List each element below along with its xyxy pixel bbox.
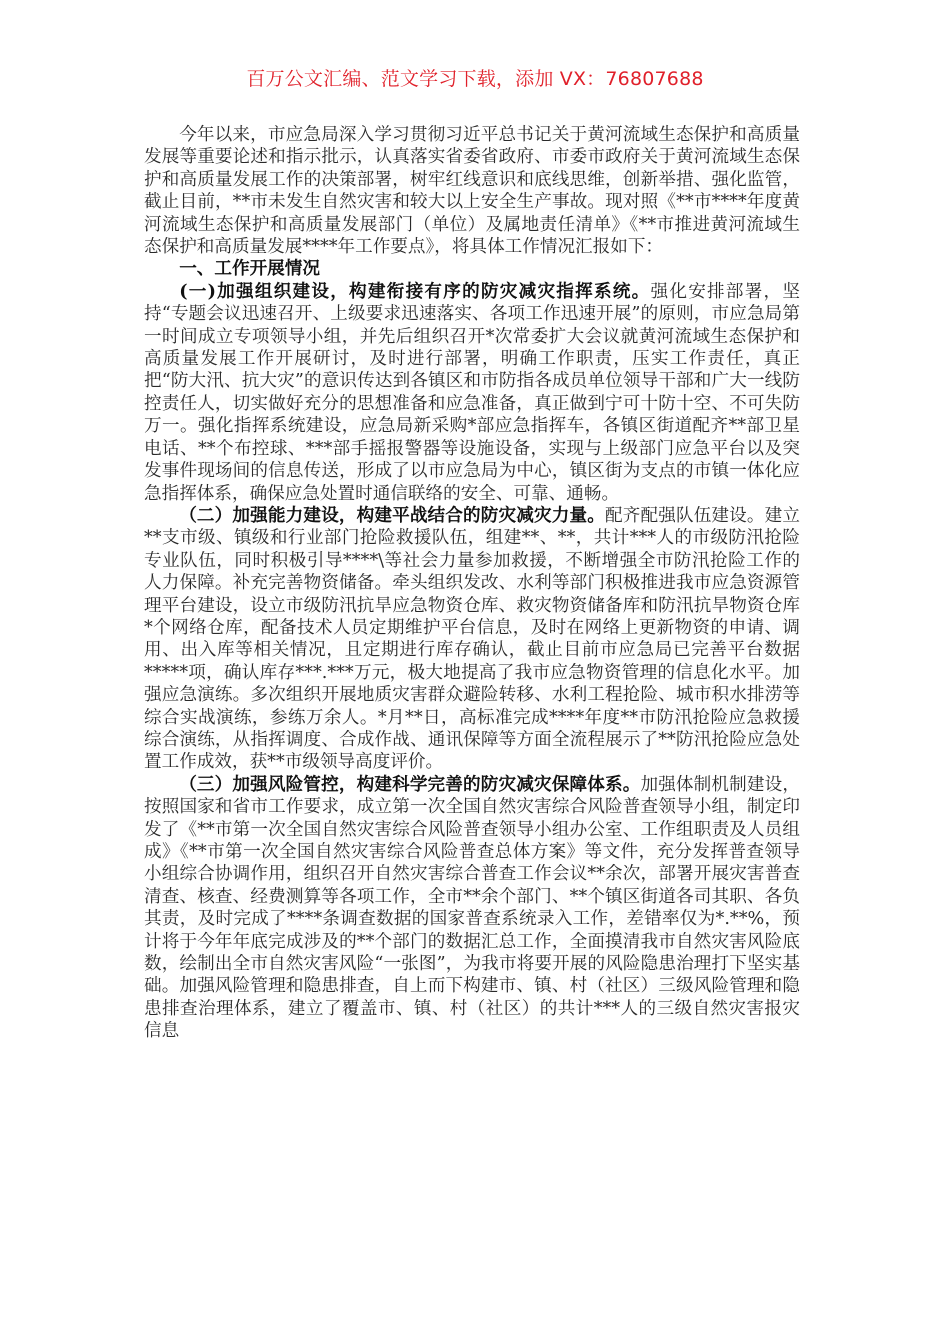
subsection-paragraph-3: （三）加强风险管控，构建科学完善的防灾减灾保障体系。加强体制机制建设，按照国家和…	[144, 774, 800, 1043]
subsection-lead: (一)加强组织建设，构建衔接有序的防灾减灾指挥系统。	[179, 281, 650, 302]
subsection-lead: （三）加强风险管控，构建科学完善的防灾减灾保障体系。	[179, 774, 640, 795]
subsection-body: 强化安排部署，坚持“专题会议迅速召开、上级要求迅速落实、各项工作迅速开展”的原则…	[144, 282, 800, 504]
section-heading: 一、工作开展情况	[144, 258, 800, 280]
subsection-body: 配齐配强队伍建设。建立**支市级、镇级和行业部门抢险救援队伍，组建**、**，共…	[144, 506, 800, 772]
intro-paragraph: 今年以来，市应急局深入学习贯彻习近平总书记关于黄河流域生态保护和高质量发展等重要…	[144, 124, 800, 258]
subsection-paragraph-2: （二）加强能力建设，构建平战结合的防灾减灾力量。配齐配强队伍建设。建立**支市级…	[144, 505, 800, 774]
subsection-lead: （二）加强能力建设，构建平战结合的防灾减灾力量。	[179, 505, 605, 526]
promo-banner: 百万公文汇编、范文学习下载，添加 VX：76807688	[0, 66, 950, 92]
document-body: 今年以来，市应急局深入学习贯彻习近平总书记关于黄河流域生态保护和高质量发展等重要…	[144, 124, 800, 1043]
subsection-body: 加强体制机制建设，按照国家和省市工作要求，成立第一次全国自然灾害综合风险普查领导…	[144, 775, 800, 1041]
subsection-paragraph-1: (一)加强组织建设，构建衔接有序的防灾减灾指挥系统。强化安排部署，坚持“专题会议…	[144, 281, 800, 505]
